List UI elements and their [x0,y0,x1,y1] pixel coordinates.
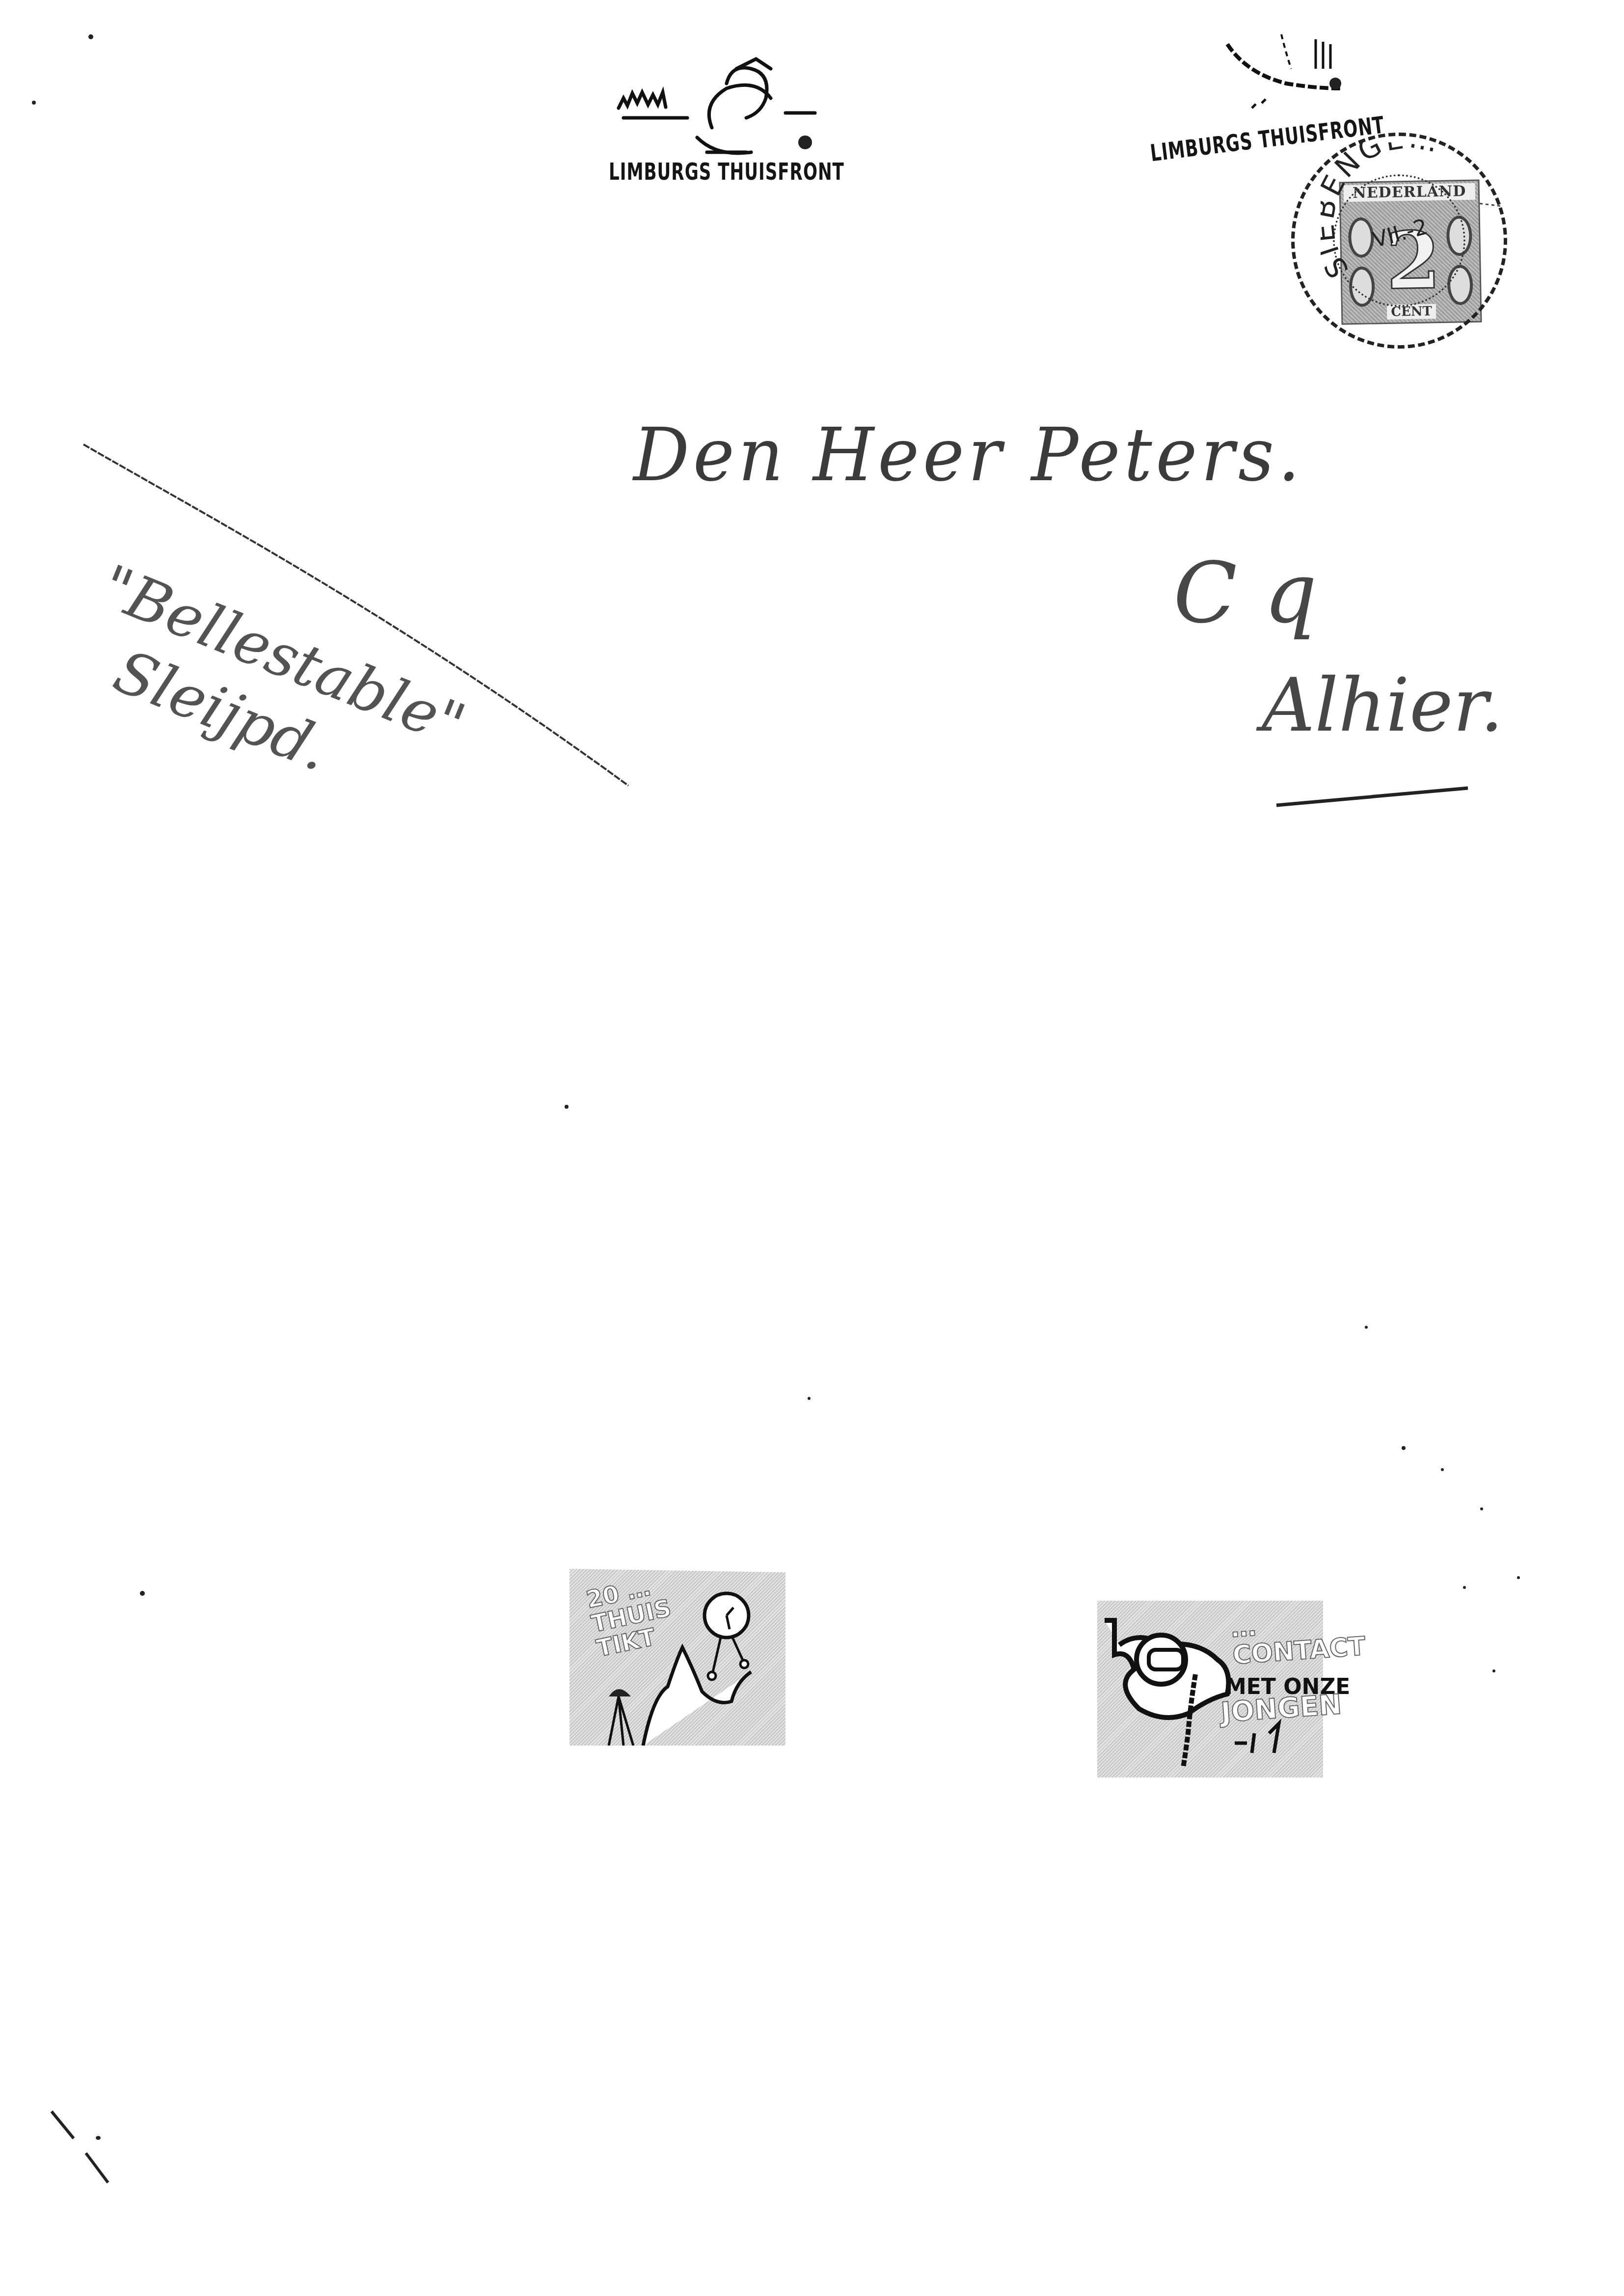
scan-speck [565,1105,568,1109]
vignette-soldier-writing: LIMBURGS THUISFRONT [604,54,835,177]
scan-speck [1492,1669,1495,1672]
stamp-and-postmark: NEDERLAND 2 CENT SIEBENGE… VII.-2 [1286,123,1532,349]
vignette-clock: 20 … THUIS TIKT [569,1569,785,1746]
scan-speck [140,1591,145,1596]
care-of-handwriting: C q [1173,545,1317,642]
vignette-caption: LIMBURGS THUISFRONT [609,158,844,185]
vignette-text: … CONTACT [1230,1606,1366,1669]
vignette-text: JONGEN [1220,1691,1343,1728]
scan-speck [96,2136,101,2140]
scan-speck [1463,1586,1466,1589]
vignette-plug: … CONTACT MET ONZE JONGEN [1097,1601,1323,1777]
scan-speck [1441,1468,1444,1471]
side-note-handwriting: "Bellestable" Sleijpd. [63,550,475,831]
soldier-writing-icon [604,54,835,157]
scan-speck [88,34,93,39]
scan-speck [808,1397,811,1400]
city-handwriting: Alhier. [1262,663,1504,748]
scan-speck [1365,1326,1368,1329]
scan-speck [1480,1507,1483,1510]
clock-and-soldier-icon [569,1569,785,1746]
svg-text:SIEBENGE…: SIEBENGE… [1321,142,1444,284]
addressee-handwriting: Den Heer Peters. [633,412,1304,498]
scan-speck [32,101,36,105]
scan-speck [1517,1576,1520,1579]
scan-speck [1402,1446,1406,1450]
